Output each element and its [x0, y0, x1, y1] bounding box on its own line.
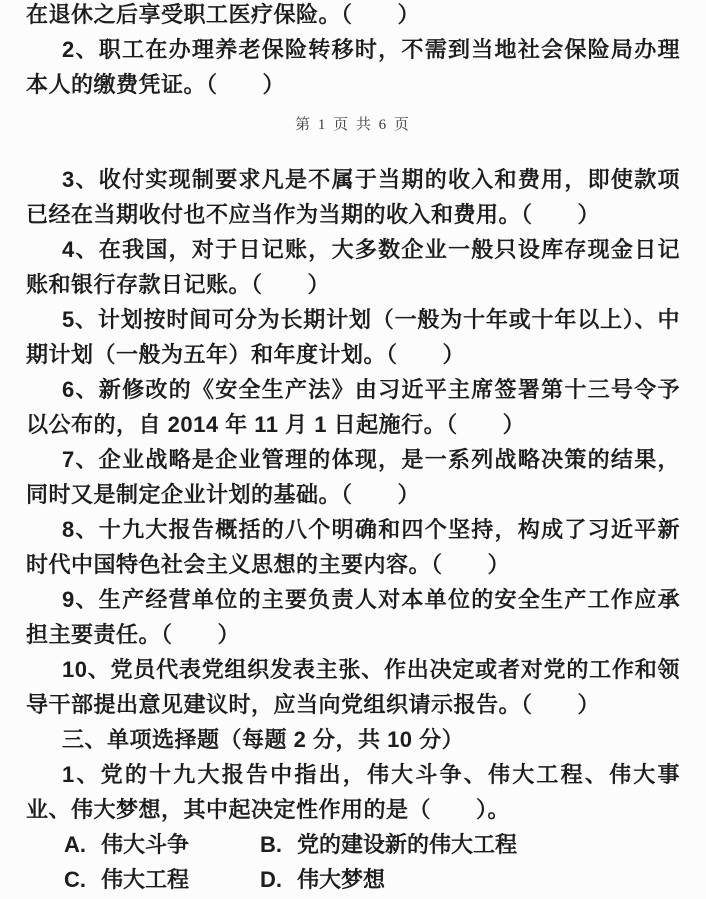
- tf-question-7: 7、企业战略是企业管理的体现，是一系列战略决策的结果，同时又是制定企业计划的基础…: [26, 442, 680, 512]
- options-row-cd: C. 伟大工程 D. 伟大梦想: [64, 862, 680, 897]
- tf-question-10: 10、党员代表党组织发表主张、作出决定或者对党的工作和领导干部提出意见建议时，应…: [26, 652, 680, 722]
- mc-option-c-text: 伟大工程: [101, 862, 189, 897]
- tf-question-2: 2、职工在办理养老保险转移时，不需到当地社会保险局办理本人的缴费凭证。（ ）: [26, 32, 680, 102]
- mc-question-1: 1、党的十九大报告中指出，伟大斗争、伟大工程、伟大事业、伟大梦想，其中起决定性作…: [26, 757, 680, 827]
- options-row-ab: A. 伟大斗争 B. 党的建设新的伟大工程: [64, 827, 680, 862]
- mc-option-b: B. 党的建设新的伟大工程: [260, 827, 517, 862]
- mc-option-c-label: C.: [64, 862, 86, 897]
- mc-option-c: C. 伟大工程: [64, 862, 260, 897]
- tf-question-4: 4、在我国，对于日记账，大多数企业一般只设库存现金日记账和银行存款日记账。（ ）: [26, 232, 680, 302]
- tf-question-3: 3、收付实现制要求凡是不属于当期的收入和费用，即使款项已经在当期收付也不应当作为…: [26, 162, 680, 232]
- mc-option-a-text: 伟大斗争: [101, 827, 189, 862]
- tf-question-9: 9、生产经营单位的主要负责人对本单位的安全生产工作应承担主要责任。（ ）: [26, 582, 680, 652]
- mc-option-a: A. 伟大斗争: [64, 827, 260, 862]
- mc-option-b-text: 党的建设新的伟大工程: [297, 827, 517, 862]
- tf-question-1-continuation: 在退休之后享受职工医疗保险。（ ）: [26, 0, 680, 32]
- mc-question-1-options: A. 伟大斗争 B. 党的建设新的伟大工程 C. 伟大工程 D. 伟大梦想: [64, 827, 680, 897]
- exam-page: 在退休之后享受职工医疗保险。（ ） 2、职工在办理养老保险转移时，不需到当地社会…: [0, 0, 706, 899]
- mc-option-d-label: D.: [260, 862, 282, 897]
- tf-question-6: 6、新修改的《安全生产法》由习近平主席签署第十三号令予以公布的，自 2014 年…: [26, 372, 680, 442]
- tf-question-5: 5、计划按时间可分为长期计划（一般为十年或十年以上）、中期计划（一般为五年）和年…: [26, 302, 680, 372]
- mc-section-heading: 三、单项选择题（每题 2 分，共 10 分）: [26, 722, 680, 757]
- mc-option-d-text: 伟大梦想: [297, 862, 385, 897]
- page-footer: 第 1 页 共 6 页: [26, 115, 680, 135]
- mc-option-b-label: B.: [260, 827, 282, 862]
- mc-option-d: D. 伟大梦想: [260, 862, 385, 897]
- mc-option-a-label: A.: [64, 827, 86, 862]
- tf-question-8: 8、十九大报告概括的八个明确和四个坚持，构成了习近平新时代中国特色社会主义思想的…: [26, 512, 680, 582]
